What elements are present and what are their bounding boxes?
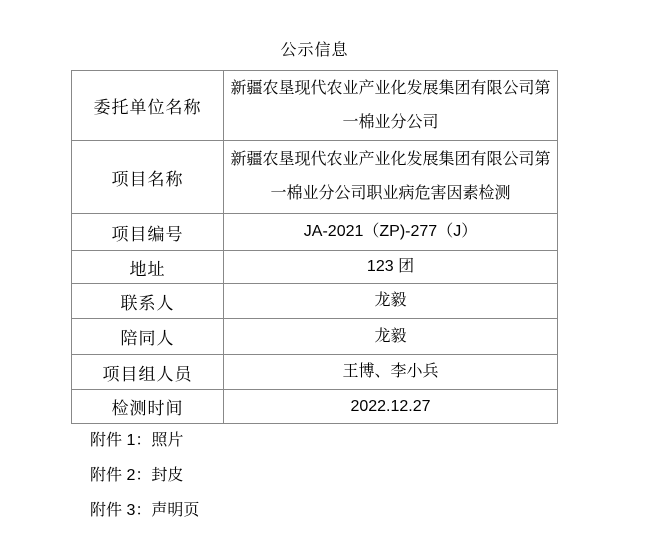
row-label: 项目名称 <box>72 141 224 214</box>
row-label: 地址 <box>72 251 224 284</box>
row-label: 委托单位名称 <box>72 71 224 141</box>
info-table: 委托单位名称 新疆农垦现代农业产业化发展集团有限公司第 一棉业分公司 项目名称 … <box>71 70 558 424</box>
row-label: 陪同人 <box>72 319 224 355</box>
attachment-item: 附件 1：照片 <box>90 432 199 449</box>
row-value: 2022.12.27 <box>224 390 558 424</box>
row-value: 新疆农垦现代农业产业化发展集团有限公司第 一棉业分公司 <box>224 71 558 141</box>
table-row: 项目组人员 王博、李小兵 <box>72 355 558 390</box>
row-value: 龙毅 <box>224 319 558 355</box>
page-title: 公示信息 <box>71 41 558 60</box>
row-value: 龙毅 <box>224 284 558 319</box>
row-value: 新疆农垦现代农业产业化发展集团有限公司第 一棉业分公司职业病危害因素检测 <box>224 141 558 214</box>
attachment-list: 附件 1：照片 附件 2：封皮 附件 3：声明页 <box>90 432 199 537</box>
attachment-item: 附件 3：声明页 <box>90 502 199 519</box>
table-row: 项目名称 新疆农垦现代农业产业化发展集团有限公司第 一棉业分公司职业病危害因素检… <box>72 141 558 214</box>
attachment-item: 附件 2：封皮 <box>90 467 199 484</box>
row-value: JA-2021（ZP)-277（J） <box>224 214 558 251</box>
table-row: 联系人 龙毅 <box>72 284 558 319</box>
row-value: 123 团 <box>224 251 558 284</box>
row-label: 检测时间 <box>72 390 224 424</box>
row-label: 项目组人员 <box>72 355 224 390</box>
row-value: 王博、李小兵 <box>224 355 558 390</box>
document-page: 公示信息 委托单位名称 新疆农垦现代农业产业化发展集团有限公司第 一棉业分公司 … <box>0 0 650 549</box>
table-row: 检测时间 2022.12.27 <box>72 390 558 424</box>
row-label: 联系人 <box>72 284 224 319</box>
table-row: 委托单位名称 新疆农垦现代农业产业化发展集团有限公司第 一棉业分公司 <box>72 71 558 141</box>
table-row: 地址 123 团 <box>72 251 558 284</box>
table-row: 陪同人 龙毅 <box>72 319 558 355</box>
row-label: 项目编号 <box>72 214 224 251</box>
table-row: 项目编号 JA-2021（ZP)-277（J） <box>72 214 558 251</box>
